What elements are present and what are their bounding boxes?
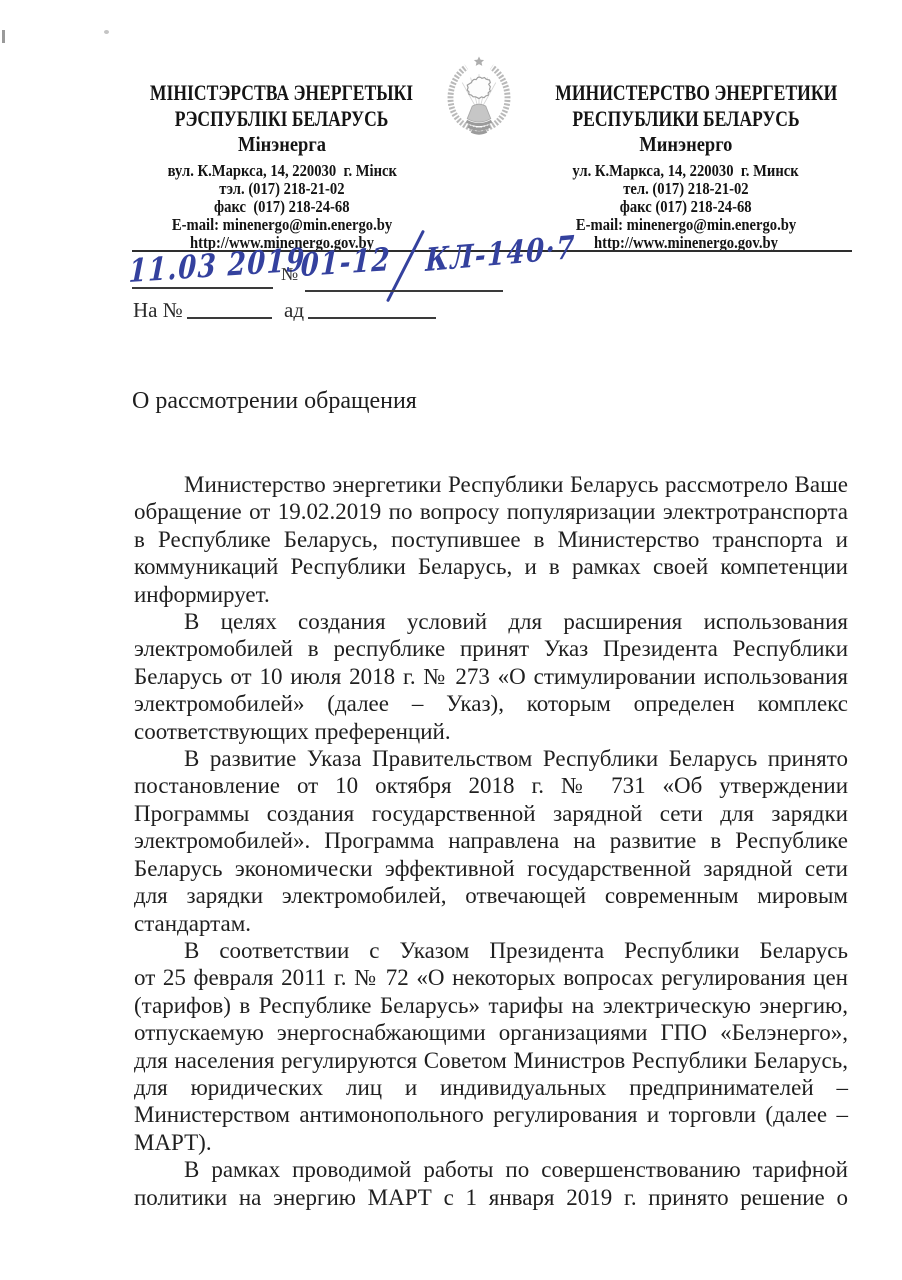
ministry-title-line1-ru: МИНИСТЕРСТВО ЭНЕРГЕТИКИ (520, 80, 852, 106)
body-line: для населения регулируются Советом Минис… (134, 1047, 848, 1074)
body-line: информирует. (134, 581, 848, 608)
letterhead-russian: МИНИСТЕРСТВО ЭНЕРГЕТИКИ РЕСПУБЛИКИ БЕЛАР… (520, 80, 852, 252)
ministry-short-name-ru: Минэнерго (520, 132, 852, 156)
body-line: стандартам. (134, 910, 848, 937)
ministry-title-line1-by: МІНІСТЭРСТВА ЭНЕРГЕТЫКІ (116, 80, 448, 106)
body-line: электромобилей» (далее – Указ), которым … (134, 690, 848, 717)
reply-number-label: На № (133, 298, 183, 323)
scan-artifact (2, 30, 5, 43)
reply-date-blank (308, 317, 436, 319)
body-line: В соответствии с Указом Президента Респу… (134, 937, 848, 964)
phone-by: тэл. (017) 218-21-02 (116, 180, 448, 198)
date-underline (132, 287, 273, 289)
body-line: В развитие Указа Правительством Республи… (134, 745, 848, 772)
body-line: обращение от 19.02.2019 по вопросу попул… (134, 498, 848, 525)
body-line: Беларусь экономически эффективной госуда… (134, 855, 848, 882)
scan-artifact (104, 30, 109, 34)
body-line: Министерство энергетики Республики Белар… (134, 471, 848, 498)
body-line: в Республике Беларусь, поступившее в Мин… (134, 526, 848, 553)
email-by: E-mail: minenergo@min.energo.by (116, 216, 448, 234)
body-line: от 25 февраля 2011 г. № 72 «О некоторых … (134, 964, 848, 991)
body-line: (тарифов) в Республике Беларусь» тарифы … (134, 992, 848, 1019)
emblem-star (474, 57, 484, 66)
number-underline (305, 290, 503, 292)
body-line: Беларусь от 10 июля 2018 г. № 273 «О сти… (134, 663, 848, 690)
fax-ru: факс (017) 218-24-68 (520, 198, 852, 216)
body-line: электромобилей в республике принят Указ … (134, 635, 848, 662)
reply-number-blank (187, 317, 272, 319)
ministry-short-name-by: Мінэнерга (116, 132, 448, 156)
letterhead-belarusian: МІНІСТЭРСТВА ЭНЕРГЕТЫКІ РЭСПУБЛІКІ БЕЛАР… (116, 80, 448, 252)
body-line: для юридических лиц и индивидуальных пре… (134, 1074, 848, 1101)
globe-lower (467, 104, 491, 122)
reply-date-label: ад (284, 298, 304, 323)
ministry-title-line2-by: РЭСПУБЛІКІ БЕЛАРУСЬ (116, 106, 448, 132)
body-line: коммуникаций Республики Беларусь, и в ра… (134, 553, 848, 580)
emblem-ribbon (466, 121, 491, 133)
body-line: Программы создания государственной заряд… (134, 800, 848, 827)
body-line: электромобилей». Программа направлена на… (134, 827, 848, 854)
phone-ru: тел. (017) 218-21-02 (520, 180, 852, 198)
body-text: Министерство энергетики Республики Белар… (134, 471, 848, 1211)
body-line: В рамках проводимой работы по совершенст… (134, 1156, 848, 1183)
subject-line: О рассмотрении обращения (132, 388, 417, 415)
belarus-coat-of-arms-icon (437, 54, 521, 138)
body-line: В целях создания условий для расширения … (134, 608, 848, 635)
body-line: для зарядки электромобилей, отвечающей с… (134, 882, 848, 909)
body-line: политики на энергию МАРТ с 1 января 2019… (134, 1184, 848, 1211)
address-ru: ул. К.Маркса, 14, 220030 г. Минск (520, 162, 852, 180)
fax-by: факс (017) 218-24-68 (116, 198, 448, 216)
ministry-title-line2-ru: РЕСПУБЛИКИ БЕЛАРУСЬ (520, 106, 852, 132)
letter-page: МІНІСТЭРСТВА ЭНЕРГЕТЫКІ РЭСПУБЛІКІ БЕЛАР… (0, 0, 902, 1280)
belarus-map-outline (467, 77, 490, 98)
body-line: отпускаемую энергоснабжающими организаци… (134, 1019, 848, 1046)
handwritten-number-part1: 01-12 (300, 240, 392, 284)
body-line: соответствующих преференций. (134, 718, 848, 745)
body-line: Министерством антимонопольного регулиров… (134, 1101, 848, 1128)
body-line: постановление от 10 октября 2018 г. № 73… (134, 772, 848, 799)
body-line: МАРТ). (134, 1129, 848, 1156)
number-sign-label: № (281, 264, 298, 285)
address-by: вул. К.Маркса, 14, 220030 г. Мінск (116, 162, 448, 180)
